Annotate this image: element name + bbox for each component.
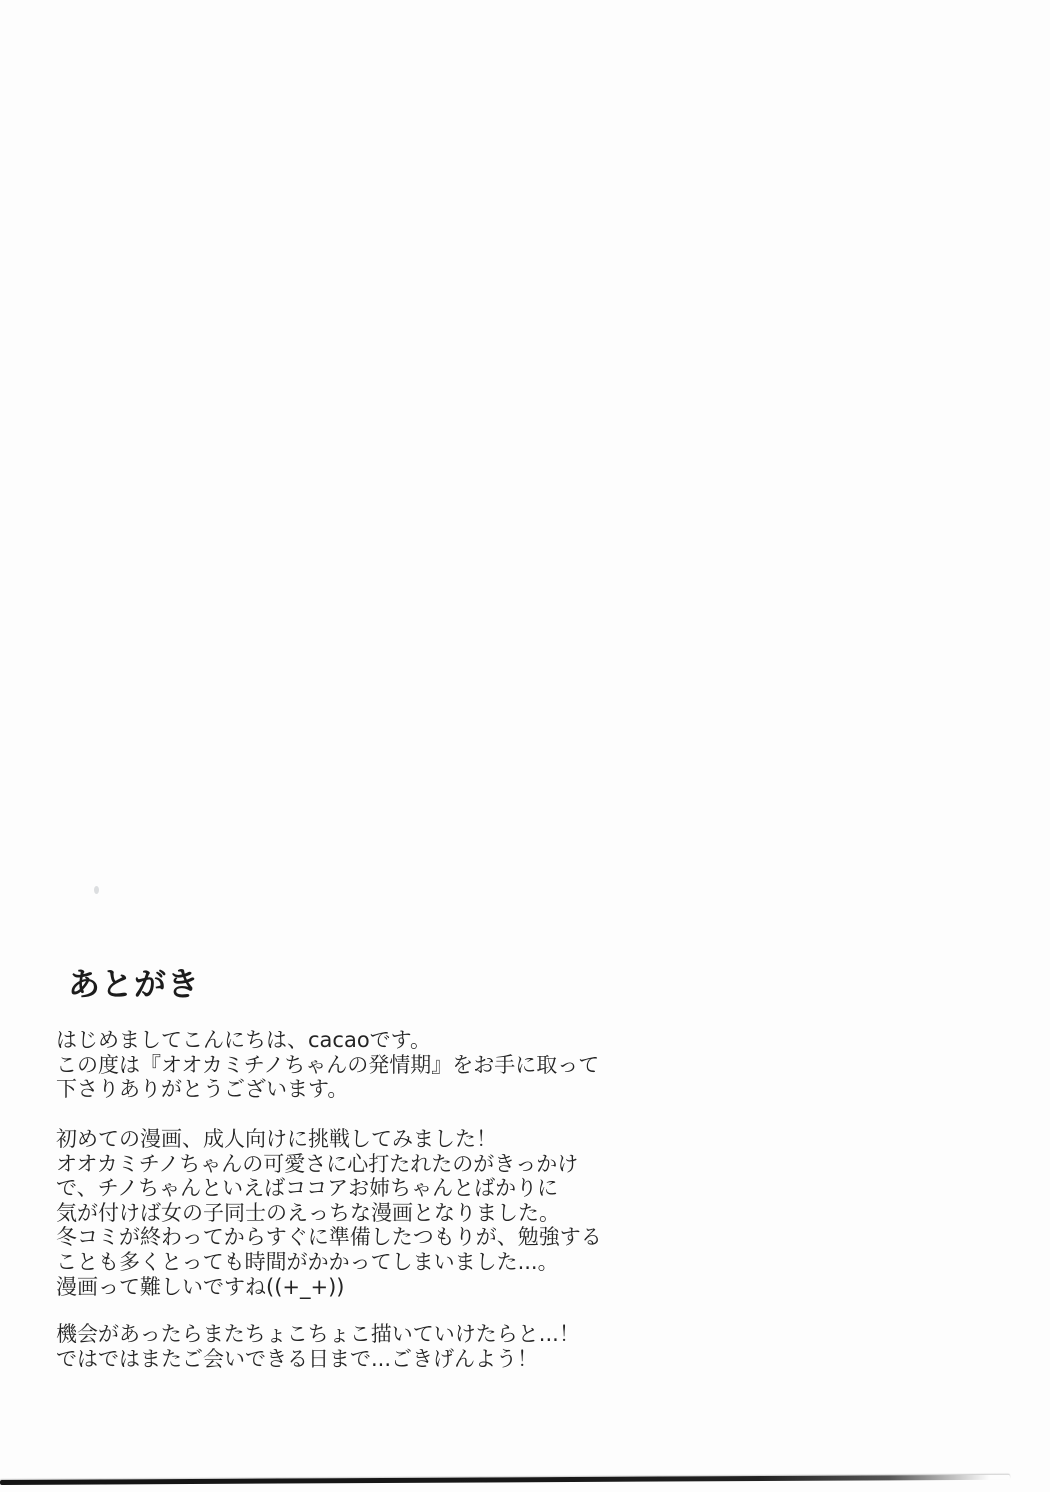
text-line: 漫画って難しいですね((+_+)) bbox=[56, 1275, 602, 1300]
text-line: で、チノちゃんといえばココアお姉ちゃんとばかりに bbox=[56, 1176, 602, 1201]
text-line: この度は『オオカミチノちゃんの発情期』をお手に取って bbox=[56, 1053, 599, 1078]
text-line: ではではまたご会いできる日まで...ごきげんよう！ bbox=[56, 1347, 580, 1372]
afterword-heading: あとがき bbox=[68, 964, 200, 1004]
scan-edge-line bbox=[0, 1475, 1010, 1485]
text-line: 冬コミが終わってからすぐに準備したつもりが、勉強する bbox=[56, 1225, 602, 1250]
text-line: はじめましてこんにちは、cacaoです。 bbox=[56, 1028, 599, 1053]
text-line: 気が付けば女の子同士のえっちな漫画となりました。 bbox=[56, 1201, 602, 1226]
text-line: オオカミチノちゃんの可愛さに心打たれたのがきっかけ bbox=[56, 1152, 602, 1177]
afterword-paragraph-greeting: はじめましてこんにちは、cacaoです。 この度は『オオカミチノちゃんの発情期』… bbox=[56, 1028, 599, 1102]
scanned-page: あとがき はじめましてこんにちは、cacaoです。 この度は『オオカミチノちゃん… bbox=[0, 0, 1050, 1492]
text-line: 初めての漫画、成人向けに挑戦してみました！ bbox=[56, 1127, 602, 1152]
text-line: ことも多くとっても時間がかかってしまいました...。 bbox=[56, 1250, 602, 1275]
afterword-paragraph-story: 初めての漫画、成人向けに挑戦してみました！ オオカミチノちゃんの可愛さに心打たれ… bbox=[56, 1127, 602, 1299]
scan-speck bbox=[94, 886, 99, 894]
text-line: 機会があったらまたちょこちょこ描いていけたらと...！ bbox=[56, 1322, 580, 1347]
text-line: 下さりありがとうございます。 bbox=[56, 1077, 599, 1102]
afterword-paragraph-farewell: 機会があったらまたちょこちょこ描いていけたらと...！ ではではまたご会いできる… bbox=[56, 1322, 580, 1371]
